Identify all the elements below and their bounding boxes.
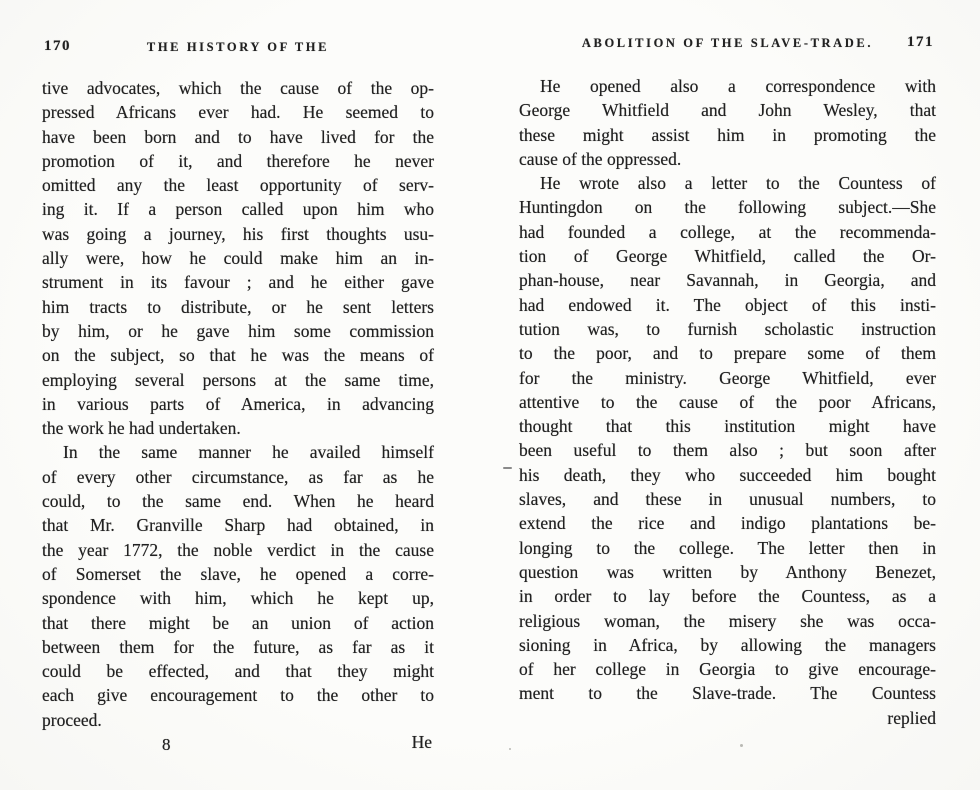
left-running-header: 170 THE HISTORY OF THE <box>42 40 434 55</box>
text-line: omitted any the least opportunity of ser… <box>42 173 434 197</box>
text-line: these might assist him in promoting the <box>519 123 936 147</box>
text-line: for the ministry. George Whitfield, ever <box>519 366 936 390</box>
text-line: by him, or he gave him some commission <box>42 319 434 343</box>
text-line: thought that this institution might have <box>519 414 936 438</box>
text-line: tution was, to furnish scholastic instru… <box>519 317 936 341</box>
text-line: proceed. <box>42 708 434 732</box>
text-line: could, to the same end. When he heard <box>42 489 434 513</box>
text-line: that Mr. Granville Sharp had obtained, i… <box>42 513 434 537</box>
text-line: pressed Africans ever had. He seemed to <box>42 100 434 124</box>
text-line: question was written by Anthony Benezet, <box>519 560 936 584</box>
left-body-text: tive advocates, which the cause of the o… <box>42 76 434 732</box>
text-line: In the same manner he availed himself <box>42 440 434 464</box>
text-line: of her college in Georgia to give encour… <box>519 657 936 681</box>
text-line: of every other circumstance, as far as h… <box>42 465 434 489</box>
text-line: He wrote also a letter to the Countess o… <box>519 171 936 195</box>
text-line: ing it. If a person called upon him who <box>42 197 434 221</box>
text-line: been useful to them also ; but soon afte… <box>519 438 936 462</box>
text-line: spondence with him, which he kept up, <box>42 586 434 610</box>
text-line: have been born and to have lived for the <box>42 125 434 149</box>
text-line: longing to the college. The letter then … <box>519 536 936 560</box>
text-line: had endowed it. The object of this insti… <box>519 293 936 317</box>
text-line: George Whitfield and John Wesley, that <box>519 98 936 122</box>
left-header-title: THE HISTORY OF THE <box>42 40 434 55</box>
text-line: had founded a college, at the recommenda… <box>519 220 936 244</box>
text-line: Huntingdon on the following subject.—She <box>519 195 936 219</box>
text-line: the work he had undertaken. <box>42 416 434 440</box>
right-page-number: 171 <box>907 34 934 51</box>
text-line: ment to the Slave-trade. The Countess <box>519 681 936 705</box>
right-page: ABOLITION OF THE SLAVE-TRADE. 171 He ope… <box>519 0 936 790</box>
text-line: strument in its favour ; and he either g… <box>42 270 434 294</box>
right-catchword: replied <box>519 706 936 730</box>
text-line: cause of the oppressed. <box>519 147 936 171</box>
text-line: He opened also a correspondence with <box>519 74 936 98</box>
text-line: employing several persons at the same ti… <box>42 368 434 392</box>
text-line: in order to lay before the Countess, as … <box>519 584 936 608</box>
text-line: to the poor, and to prepare some of them <box>519 341 936 365</box>
text-line: the year 1772, the noble verdict in the … <box>42 538 434 562</box>
right-header-title: ABOLITION OF THE SLAVE-TRADE. <box>519 36 936 51</box>
text-line: in various parts of America, in advancin… <box>42 392 434 416</box>
text-line: ally were, how he could make him an in- <box>42 246 434 270</box>
text-line: phan-house, near Savannah, in Georgia, a… <box>519 268 936 292</box>
text-line: on the subject, so that he was the means… <box>42 343 434 367</box>
text-line: sioning in Africa, by allowing the manag… <box>519 633 936 657</box>
text-line: each give encouragement to the other to <box>42 683 434 707</box>
text-line: slaves, and these in unusual numbers, to <box>519 487 936 511</box>
scan-speck <box>509 748 511 750</box>
signature-mark: 8 <box>162 733 171 757</box>
text-line: extend the rice and indigo plantations b… <box>519 511 936 535</box>
right-running-header: ABOLITION OF THE SLAVE-TRADE. 171 <box>519 36 936 51</box>
text-line: between them for the future, as far as i… <box>42 635 434 659</box>
text-line: that there might be an union of action <box>42 611 434 635</box>
text-line: his death, they who succeeded him bought <box>519 463 936 487</box>
text-line: him tracts to distribute, or he sent let… <box>42 295 434 319</box>
text-line: tion of George Whitfield, called the Or- <box>519 244 936 268</box>
left-catchword: He <box>412 730 432 754</box>
text-line: could be effected, and that they might <box>42 659 434 683</box>
scan-artifact-dash <box>503 467 512 469</box>
text-line: of Somerset the slave, he opened a corre… <box>42 562 434 586</box>
text-line: tive advocates, which the cause of the o… <box>42 76 434 100</box>
left-page-number: 170 <box>44 38 71 55</box>
text-line: promotion of it, and therefore he never <box>42 149 434 173</box>
right-body-text: He opened also a correspondence withGeor… <box>519 74 936 706</box>
left-page: 170 THE HISTORY OF THE tive advocates, w… <box>42 0 434 790</box>
scan-speck <box>740 744 743 747</box>
text-line: was going a journey, his first thoughts … <box>42 222 434 246</box>
text-line: attentive to the cause of the poor Afric… <box>519 390 936 414</box>
text-line: religious woman, the misery she was occa… <box>519 609 936 633</box>
scan-speck <box>216 112 218 114</box>
